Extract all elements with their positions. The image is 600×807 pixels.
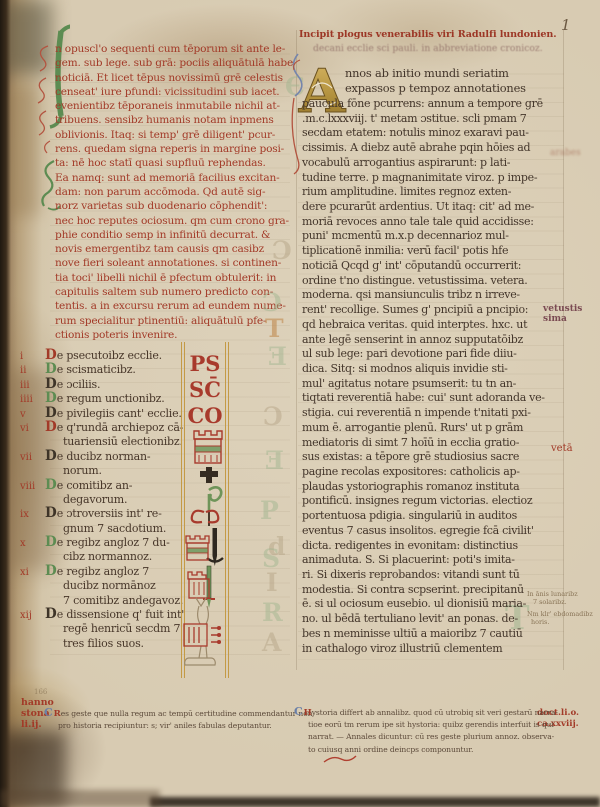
chapter-line: tuariensiū electionibz. — [20, 433, 275, 447]
rubric-line: ctionis poteris invenire. — [55, 328, 290, 342]
chapter-line: iiDe scismaticibz. — [20, 361, 275, 375]
text-line: rent' recollige. Sumes g' pncipiū a pnci… — [302, 303, 564, 318]
rubric-line: evenientibz tēporaneis inmutabile nichil… — [55, 99, 290, 113]
text-line: cissimis. A diebz autē abrahe pqin hōies… — [302, 141, 564, 156]
text-line: tiqtati reverentiā habe: cui' sunt adora… — [302, 391, 564, 406]
rubric-line: tentis. a in excursu rerum ad eundem num… — [55, 299, 290, 313]
paragraph-mark-icon: C — [44, 706, 53, 719]
text-line: moderna. qsi mansiunculis tribz n irreve… — [302, 288, 564, 303]
text-line: ri. Si dixeris reprobandos: vitandi sunt… — [302, 568, 564, 583]
showthrough-letter: A — [262, 628, 281, 657]
chapter-line: cibz normannoz. — [20, 548, 275, 562]
signa-letters-sc: SC̄ — [189, 377, 221, 402]
smudged-margin-note: arabes — [550, 148, 581, 158]
text-line: modestia. Si contra scpserint. precipita… — [302, 583, 564, 598]
text-line: mum ē. arrogantie plenū. Rurs' ut p grām — [302, 421, 564, 436]
rubric-line: gem. sub lege. sub grā: pociis aliquātul… — [55, 56, 290, 70]
chapter-text: e regibz angloz 7 du- — [57, 536, 170, 549]
signa-letters-ps: PS — [190, 351, 221, 376]
note-initial: R — [54, 709, 61, 719]
rubric-line: capitulis saltem sub numero predicto con… — [55, 285, 290, 299]
chapter-line: ixDe ɔtroversiis int' re- — [20, 505, 275, 519]
rubric-line: oblivionis. Itaq: si temp' grē diligent'… — [55, 128, 290, 142]
cross-icon — [200, 467, 218, 483]
tower-icon — [186, 536, 209, 560]
chapter-line: regē henricū secdm 7 — [20, 620, 275, 634]
chapter-text: e ɔciliis. — [57, 378, 101, 391]
rubric-line: n opuscl'o sequenti cum tēporum sit ante… — [55, 42, 290, 56]
text-line: vocabulū arrogantius aspirarunt: p lati- — [302, 156, 564, 171]
text-line: dere pcurarūt ardentius. Ut itaq: cit' a… — [302, 200, 564, 215]
rubric-line: censeat' iure pfundi: vicissitudini sub … — [55, 85, 290, 99]
chapter-line: degavorum. — [20, 491, 275, 505]
chapter-text: e pivilegiis cant' ecclie. — [57, 407, 182, 420]
chapter-text: tuariensiū electionibz. — [63, 435, 183, 448]
text-line: tiplicationē inmilia: verū facil' potis … — [302, 244, 564, 259]
chapter-text: tres filios suos. — [63, 637, 144, 650]
showthrough-letter: Ǝ — [265, 446, 284, 475]
chapter-line: 7 comitibz andegavoz. — [20, 592, 275, 606]
chapter-text: e ducibz norman- — [57, 450, 151, 463]
showthrough-letter: Ɔ — [272, 236, 292, 265]
rubric-line: ta: nē hoc statī quasi supfluū rephendas… — [55, 156, 290, 170]
bottom-note-1: CRes geste que nulla regum ac tempū cert… — [44, 707, 312, 732]
bottom-note-line: CRes geste que nulla regum ac tempū cert… — [44, 707, 312, 720]
text-line: dica. Sitq: si modnos aliquis invidie st… — [302, 362, 564, 377]
chapter-text: e comitibz an- — [57, 479, 133, 492]
rubric-line: nove fieri soleant annotationes. si cont… — [55, 256, 290, 270]
rubric-line: dam: non parum accōmoda. Qd autē sig- — [55, 185, 290, 199]
right-column-indented: nnos ab initio mundi seriatimexpassos p … — [345, 66, 560, 96]
text-line: secdam etatem: notulis minoz exaravi pau… — [302, 126, 564, 141]
margin-note-line: 7 solaribz. — [533, 599, 593, 607]
rubric-line: norz varietas sub duodenario cōphendit': — [55, 199, 290, 213]
chapter-line: iDe psecutoibz ecclie. — [20, 347, 275, 361]
chapter-text: gnum 7 sacdotium. — [63, 522, 166, 535]
note-text: es geste que nulla regum ac tempū certit… — [61, 709, 313, 718]
showthrough-letter: Ǝ — [268, 342, 287, 371]
text-line: noticiā Qcqd g' int' cōputandū occurreri… — [302, 259, 564, 274]
signa-column: PS SC̄ CO — [176, 336, 234, 684]
chapter-line: viiDe ducibz norman- — [20, 448, 275, 462]
margin-note-vetustissima: vetustis sima — [543, 304, 582, 324]
right-rubric-line-2: decani ecclie sci pauli. in abbreviation… — [313, 43, 563, 54]
rubric-line: phie conditio semp in infinitū decurrat.… — [55, 228, 290, 242]
text-line: no. ul bēdā tertuliano levit' an ponas. … — [302, 612, 564, 627]
chapter-line: viDe q'rundā archiepoz cā- — [20, 419, 275, 433]
text-line: portentuosa pdigia. singulariū in audito… — [302, 509, 564, 524]
text-line: ante legē senserint in annoz supputatōib… — [302, 333, 564, 348]
bottom-note-line: narrat. — Annales dicuntur: cū res geste… — [308, 731, 558, 743]
tower-icon — [194, 431, 222, 463]
chapter-text: e q'rundā archiepoz cā- — [57, 421, 183, 434]
text-line: moriā revoces anno tale tale quid accidi… — [302, 215, 564, 230]
rubric-line: rum specialitur ptinentiū: aliquātulū pf… — [55, 314, 290, 328]
margin-number-faint: 166 — [34, 688, 47, 696]
text-line: eventus 7 casus insolitos. egregie fcā c… — [302, 524, 564, 539]
chapter-line: iiiiDe regum unctionibz. — [20, 390, 275, 404]
bottom-note-line: CHystoria differt ab annalibz. quod cū u… — [294, 706, 558, 719]
chapter-line: tres filios suos. — [20, 635, 275, 649]
rubric-line: tribuens. sensibz humanis notam inpmens — [55, 113, 290, 127]
chapter-line: xiDe regibz angloz 7 — [20, 563, 275, 577]
text-line: in cathalogo viroz illustriū clementem — [302, 642, 564, 657]
chapter-initial: D — [45, 505, 57, 521]
text-line: mediatoris di simt 7 hoīū in ecclia grat… — [302, 436, 564, 451]
rubric-line: noticiā. Et licet tēpus novissimū grē ce… — [55, 71, 290, 85]
chapter-text: ducibz normānoz — [63, 579, 156, 592]
margin-note-line: horis. — [531, 619, 593, 627]
bottom-note-line: tioe eorū tm rerum ipe sit hystoria: qui… — [308, 719, 558, 731]
text-line: animaduta. S. Si placuerint: poti's imit… — [302, 553, 564, 568]
chapter-line: gnum 7 sacdotium. — [20, 520, 275, 534]
text-line: .m.c.lxxxviij. t' metam ɔstitue. scli pm… — [302, 112, 564, 127]
text-line: mul' agitatus notare psumserit: tu tn an… — [302, 377, 564, 392]
rubric-line: nec hoc reputes ociosum. qm cum crono gr… — [55, 214, 290, 228]
page-bottom-edge — [150, 797, 600, 807]
signa-letters-co: CO — [187, 403, 222, 428]
chapter-line: viiiDe comitibz an- — [20, 477, 275, 491]
chapter-text: cibz normannoz. — [63, 550, 152, 563]
showthrough-letter: Ɔ — [263, 402, 283, 431]
text-line: qd hebraica veritas. quid interptes. hxc… — [302, 318, 564, 333]
text-line: rium amplitudine. limites regnoz exten- — [302, 185, 564, 200]
page-edge — [0, 0, 11, 807]
text-line: bes n meminisse ultiū a maioribz 7 cauti… — [302, 627, 564, 642]
chapter-text: e scismaticibz. — [57, 363, 136, 376]
crozier-icon — [209, 487, 221, 526]
chapter-list: iDe psecutoibz ecclie. iiDe scismaticibz… — [20, 347, 275, 649]
chapter-line: xijDe dissensione q' fuit int' — [20, 606, 275, 620]
showthrough-letter: Ɔ — [262, 288, 282, 317]
text-line: pagine recolas expositores: catholicis a… — [302, 465, 564, 480]
red-squiggle-mark — [322, 754, 358, 766]
chapter-text: regē henricū secdm 7 — [63, 622, 180, 635]
note-initial: H — [304, 708, 312, 718]
chapter-line: vDe pivilegiis cant' ecclie. — [20, 405, 275, 419]
chapter-line: xDe regibz angloz 7 du- — [20, 534, 275, 548]
bottom-note-2: CHystoria differt ab annalibz. quod cū u… — [294, 706, 558, 756]
margin-note-annis: In ānis lunaribz 7 solaribz. Nm klr' ebd… — [527, 591, 593, 626]
rubric-line: rens. quedam signa reperis in margine po… — [55, 142, 290, 156]
paragraph-mark-icon: C — [294, 705, 303, 718]
text-line: nnos ab initio mundi seriatim — [345, 66, 560, 81]
text-line: ul sub lege: pari devotione pari fide di… — [302, 347, 564, 362]
chapter-line: ducibz normānoz — [20, 577, 275, 591]
chapter-text: e regibz angloz 7 — [57, 565, 149, 578]
chapter-text: degavorum. — [63, 493, 127, 506]
chapter-text: e regum unctionibz. — [57, 392, 165, 405]
rubric-line: Ea namq: sunt ad memoriā facilius excita… — [55, 171, 290, 185]
chapter-text: e psecutoibz ecclie. — [57, 349, 162, 362]
margin-note-line: vetustis — [543, 304, 582, 314]
text-line: tudine terre. p magnanimitate viroz. p i… — [302, 171, 564, 186]
rubric-line: novis emergentibz tam causis qm casibz — [55, 242, 290, 256]
tower-icon — [188, 572, 209, 598]
chapter-line: iiiDe ɔciliis. — [20, 376, 275, 390]
reliquary-icon — [184, 624, 220, 646]
text-line: ē. si ul ociosum eusebio. ul dionisiū ma… — [302, 597, 564, 612]
chapter-text: 7 comitibz andegavoz. — [63, 594, 183, 607]
text-line: ordine t'no distingue. vetustissima. vet… — [302, 274, 564, 289]
showthrough-letter: T — [265, 314, 284, 343]
margin-note-line: sima — [543, 314, 582, 324]
note-text: ystoria differt ab annalibz. quod cū utr… — [312, 708, 558, 717]
bottom-note-line: pro historia recipiuntur: s; vir' aniles… — [58, 720, 312, 732]
page-bottom-edge — [0, 790, 160, 807]
text-line: sus existas: a tēpore grē studiosius sac… — [302, 450, 564, 465]
rubric-line: tia toci' libelli nichil ē pfectum obtul… — [55, 271, 290, 285]
chapter-text: e ɔtroversiis int' re- — [57, 507, 162, 520]
margin-note-vetera: vetā — [551, 443, 573, 454]
chapter-text: norum. — [63, 464, 102, 477]
showthrough-letter: P — [260, 496, 279, 525]
text-line: plaudas ystoriographis romanoz instituta — [302, 480, 564, 495]
text-line: dicta. redigentes in evonitam: distincti… — [302, 539, 564, 554]
x-mark-icon — [192, 511, 219, 523]
text-line: expassos p tempoz annotationes — [345, 81, 560, 96]
showthrough-letter: R — [262, 598, 283, 627]
text-line: pontificū. insignes regum victorias. ele… — [302, 494, 564, 509]
sword-icon — [207, 528, 223, 566]
right-column-text: paucula fōne pcurrens: annum a tempore g… — [302, 97, 564, 656]
text-line: stigia. cui reverentiā n impende t'nitat… — [302, 406, 564, 421]
text-line: paucula fōne pcurrens: annum a tempore g… — [302, 97, 564, 112]
left-rubric: n opuscl'o sequenti cum tēporum sit ante… — [55, 42, 290, 342]
showthrough-letter: I — [266, 568, 278, 597]
chapter-text: e dissensione q' fuit int' — [57, 608, 184, 621]
chapter-line: norum. — [20, 462, 275, 476]
text-line: puni' mcmentū m.x.p decennarioz mul- — [302, 229, 564, 244]
